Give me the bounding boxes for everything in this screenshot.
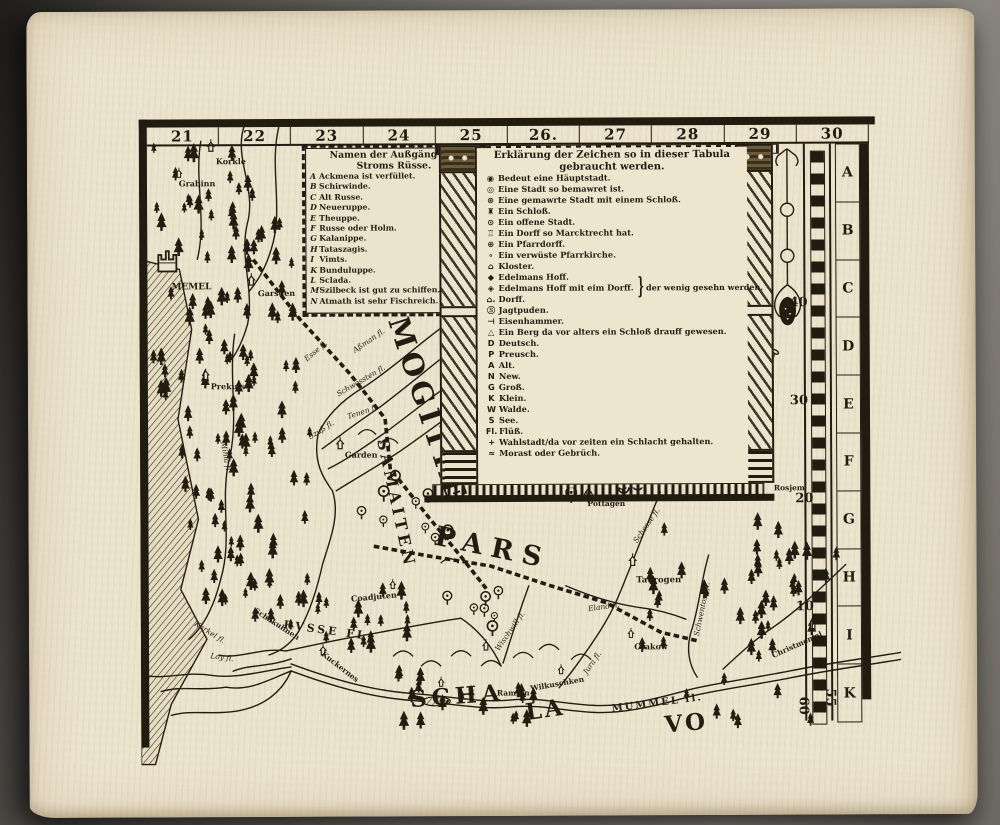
longitude-number: 23: [291, 127, 363, 146]
legend-symbol: ⊕: [483, 239, 498, 250]
legend-symbol: ♜: [483, 206, 498, 217]
legend-symbol: ⊣: [484, 316, 499, 327]
latitude-scale-bar: [810, 151, 828, 725]
legend-symbol: ∘: [483, 250, 498, 261]
latitude-letter: C: [836, 260, 859, 318]
legend-item: ≈Morast oder Gebrüch.: [484, 447, 742, 459]
scale-number: 60: [796, 697, 811, 715]
longitude-number: 25: [436, 126, 508, 145]
legend-symbol: ◆: [483, 272, 498, 283]
longitude-number: 26.: [508, 126, 580, 145]
legend-symbol: D: [484, 338, 499, 349]
legend-symbol: ♖: [483, 228, 498, 239]
legend-column-left: [439, 145, 478, 484]
longitude-number: 30: [797, 124, 869, 143]
latitude-letter: G: [837, 491, 860, 549]
legend-symbol: A: [484, 360, 499, 371]
longitude-ruler: 212223242526.27282930: [147, 124, 869, 146]
latitude-letter: E: [837, 376, 860, 434]
legend-note: der wenig gesehn werden.: [646, 282, 763, 293]
column-shaft: [440, 317, 479, 450]
legend-symbol: ⌂: [483, 261, 498, 272]
latitude-letter: K: [838, 665, 861, 722]
legend-symbol: ◈: [483, 283, 498, 294]
legend-symbol: +: [484, 437, 499, 448]
legend-symbol: G: [484, 382, 499, 393]
legend-symbol: Fl.: [484, 426, 499, 437]
legend-symbol: S: [484, 415, 499, 426]
legend-symbol: ◎: [483, 184, 498, 195]
latitude-letter-column: ABCDEFGHIK: [835, 143, 863, 722]
legend-symbol: Ⓢ: [484, 305, 499, 316]
latitude-letter: I: [838, 607, 861, 665]
legend-panel: Erklärung der Zeichen so in dieser Tabul…: [477, 147, 748, 488]
latitude-letter: H: [838, 549, 861, 607]
legend-item: ◈Edelmans Hoff mit eim Dorff.}der wenig …: [483, 282, 741, 294]
longitude-number: 24: [363, 126, 435, 145]
legend-symbol: ◉: [483, 173, 498, 184]
longitude-number: 27: [580, 125, 652, 144]
paper-sheet: SAMOGITIÆSAMAITENPARSSCHALAVORVSSE FL.MU…: [26, 8, 978, 818]
latitude-letter: F: [837, 433, 860, 491]
map-print: SAMOGITIÆSAMAITENPARSSCHALAVORVSSE FL.MU…: [139, 116, 902, 779]
longitude-number: 21: [147, 127, 219, 146]
legend-symbol: △: [484, 327, 499, 338]
longitude-number: 29: [724, 125, 796, 144]
legend-symbol: K: [484, 393, 499, 404]
legend-item: +Wahlstadt/da vor zeiten ein Schlacht ge…: [484, 436, 742, 448]
column-base: [440, 450, 478, 484]
longitude-number: 22: [219, 127, 291, 146]
legend-symbol: ⊛: [483, 195, 498, 206]
legend-symbol: ≈: [484, 448, 499, 459]
legend-symbol: ⌂.: [483, 294, 498, 305]
longitude-number: 28: [652, 125, 724, 144]
legend-symbol: P: [484, 349, 499, 360]
latitude-letter: D: [837, 318, 860, 376]
latitude-letter: A: [836, 144, 859, 202]
latitude-letter: B: [836, 202, 859, 260]
photo-background: SAMOGITIÆSAMAITENPARSSCHALAVORVSSE FL.MU…: [0, 0, 1000, 825]
column-capital: [439, 145, 477, 173]
legend-symbol: W: [484, 404, 499, 415]
legend-symbol: ⊙: [483, 217, 498, 228]
column-ring: [440, 306, 478, 317]
legend-item: △Ein Berg da vor alters ein Schloß drauf…: [484, 326, 742, 338]
column-shaft: [439, 173, 478, 306]
legend-title: Erklärung der Zeichen so in dieser Tabul…: [483, 149, 741, 162]
legend-symbol: N: [484, 371, 499, 382]
